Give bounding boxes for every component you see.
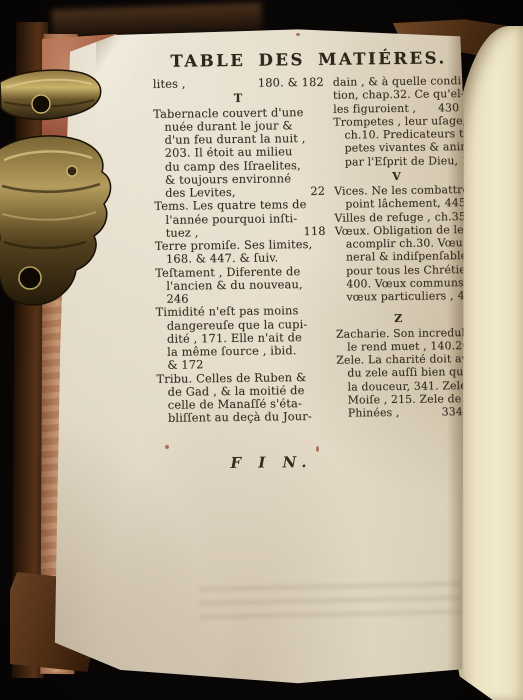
index-line: lites ,180. & 182 xyxy=(153,76,324,91)
brass-clasp-top xyxy=(0,70,101,119)
index-column-right: dain , & à quelle condi-tion, chap.32. C… xyxy=(333,74,463,423)
index-line: bliſſent au deçà du Jour- xyxy=(157,410,328,425)
show-through-text xyxy=(200,581,463,628)
index-line: la douceur, 341. Zele de xyxy=(336,379,462,394)
entry-text: vœux particuliers , xyxy=(346,289,453,304)
index-line: neral & indiſpenſable xyxy=(335,249,461,264)
index-line: les figuroient ,430 xyxy=(333,101,459,116)
entry-text: Phinées , xyxy=(348,406,400,420)
entry-page-number: ch.35 xyxy=(431,210,466,224)
page-title: TABLE DES MATIÉRES. xyxy=(156,48,460,71)
index-line: vœux particuliers ,401 xyxy=(335,289,461,304)
clasp-hole xyxy=(19,267,41,289)
entry-text: par l'Eſprit de Dieu, xyxy=(345,154,458,169)
fin-label: F I N. xyxy=(159,452,383,473)
page-text: TABLE DES MATIÉRES. lites ,180. & 182TTa… xyxy=(152,48,465,472)
entry-page-number: 180. & 182 xyxy=(254,76,324,90)
age-speck xyxy=(296,33,300,36)
clasp-hole xyxy=(32,95,50,113)
section-letter: T xyxy=(153,91,324,106)
index-line: Zacharie. Son incredulité xyxy=(336,326,462,341)
index-line: Villes de refuge ,ch.35 xyxy=(334,210,460,225)
entry-text: Villes de refuge , xyxy=(334,210,430,224)
index-line: Phinées ,334 xyxy=(337,405,463,420)
entry-page-number: 445 xyxy=(441,196,466,210)
entry-text: lites , xyxy=(153,77,186,91)
index-line: par l'Eſprit de Dieu,117 xyxy=(334,154,460,169)
brass-clasps xyxy=(0,64,118,320)
index-line: pour tous les Chrétiens, xyxy=(335,263,461,278)
book-photo: TABLE DES MATIÉRES. lites ,180. & 182TTa… xyxy=(0,0,523,700)
index-column-left: lites ,180. & 182TTabernacle couvert d'u… xyxy=(153,76,328,426)
brass-clasp-bottom xyxy=(0,136,111,305)
entry-text: les figuroient , xyxy=(333,101,416,115)
index-columns: lites ,180. & 182TTabernacle couvert d'u… xyxy=(153,74,465,425)
entry-page-number: 22 xyxy=(306,185,325,198)
index-line: du zele auſſi bien que de xyxy=(336,365,462,380)
clasp-rivet xyxy=(67,166,77,176)
entry-text: point lâchement, xyxy=(345,197,441,211)
section-letter: Z xyxy=(336,311,462,326)
entry-page-number: 430 xyxy=(434,101,459,115)
entry-page-number: 334 xyxy=(438,405,463,419)
section-letter: V xyxy=(334,169,460,184)
